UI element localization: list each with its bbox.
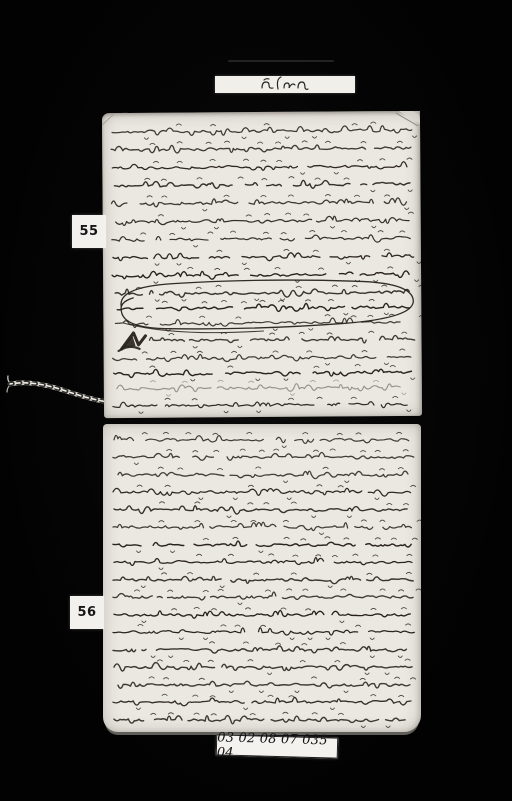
page-55-handwriting [102, 111, 422, 418]
film-scratch [228, 60, 334, 62]
film-frame: 55 56 03 02 08 07 035 04 [0, 0, 512, 801]
page-marker-56: 56 [70, 596, 104, 629]
manuscript-page-55 [102, 111, 422, 418]
corner-crease [102, 114, 114, 125]
page-marker-55: 55 [72, 215, 106, 248]
catalog-number-label: 03 02 08 07 035 04 [216, 734, 339, 758]
handwritten-title [215, 76, 355, 93]
title-strip [215, 76, 355, 93]
page-56-handwriting [103, 424, 421, 732]
manuscript-page-56 [103, 424, 421, 732]
corner-fold [399, 111, 420, 124]
